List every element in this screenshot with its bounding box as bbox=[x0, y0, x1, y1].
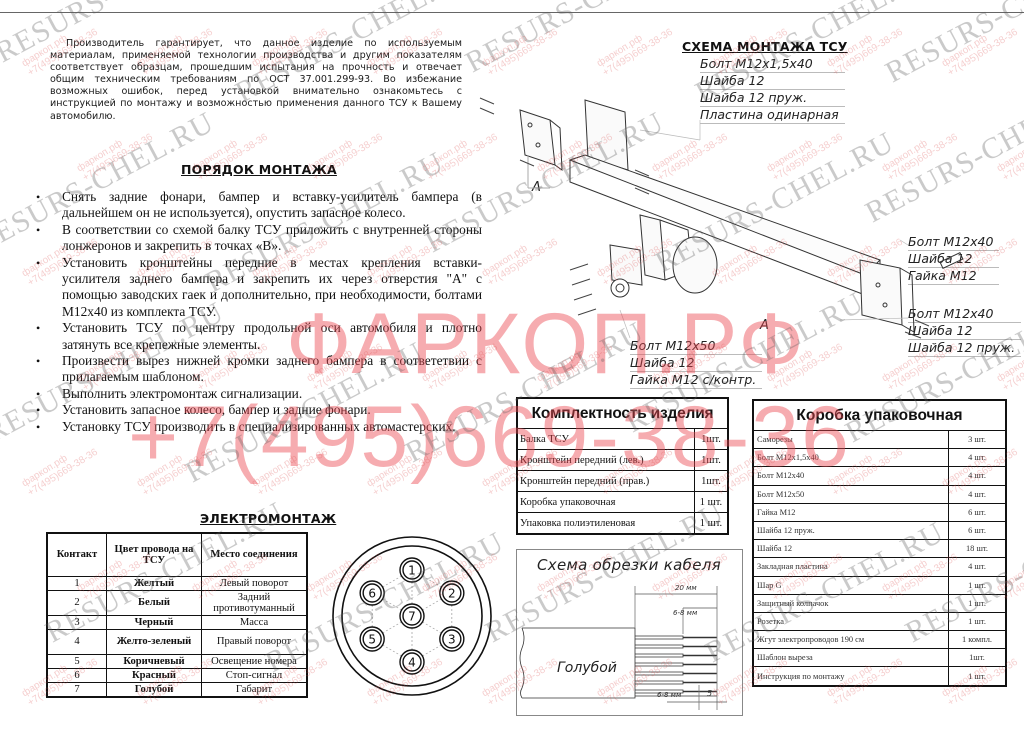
svg-text:5: 5 bbox=[368, 633, 376, 647]
contact-cell: 2 bbox=[47, 591, 107, 616]
wiring-row: 3ЧерныйМасса bbox=[47, 616, 307, 630]
box-row: Защитный колпачок1 шт. bbox=[753, 594, 1006, 612]
item-name: Балка ТСУ bbox=[517, 429, 695, 450]
step-text: Установить кронштейны передние в местах … bbox=[62, 255, 482, 319]
kit-row: Коробка упаковочная1 шт. bbox=[517, 492, 728, 513]
socket-pin: 1 bbox=[400, 558, 424, 582]
item-quantity: 1 шт. bbox=[949, 576, 1007, 594]
svg-text:4: 4 bbox=[408, 656, 416, 670]
item-name: Кронштейн передний (лев.) bbox=[517, 450, 695, 471]
item-name: Жгут электропроводов 190 см bbox=[753, 631, 949, 649]
item-name: Кронштейн передний (прав.) bbox=[517, 471, 695, 492]
bullet-icon: • bbox=[36, 353, 40, 369]
electrical-title: ЭЛЕКТРОМОНТАЖ bbox=[200, 511, 336, 526]
contact-cell: 1 bbox=[47, 577, 107, 591]
item-name: Шайба 12 bbox=[753, 540, 949, 558]
box-row: Шайба 12 пруж.6 шт. bbox=[753, 521, 1006, 539]
bullet-icon: • bbox=[36, 255, 40, 271]
header-wire-color: Цвет провода на ТСУ bbox=[107, 533, 202, 577]
item-quantity: 4 шт. bbox=[949, 485, 1007, 503]
dim-end: 5 bbox=[707, 689, 712, 698]
contact-cell: 4 bbox=[47, 630, 107, 655]
callout-text: Гайка М12 с/контр. bbox=[630, 372, 762, 389]
bullet-icon: • bbox=[36, 222, 40, 238]
dim-bottom: 6-8 мм bbox=[657, 691, 681, 699]
contact-cell: 5 bbox=[47, 655, 107, 669]
item-name: Инструкция по монтажу bbox=[753, 667, 949, 686]
box-row: Розетка1 шт. bbox=[753, 612, 1006, 630]
header-contact: Контакт bbox=[47, 533, 107, 577]
box-row: Болт М12х1,5х404 шт. bbox=[753, 449, 1006, 467]
step-text: Установить ТСУ по центру продольной оси … bbox=[62, 320, 482, 351]
box-row: Гайка М126 шт. bbox=[753, 503, 1006, 521]
wiring-row: 7ГолубойГабарит bbox=[47, 683, 307, 698]
item-name: Шар G bbox=[753, 576, 949, 594]
svg-text:7: 7 bbox=[408, 610, 416, 624]
box-row: Закладная пластина4 шт. bbox=[753, 558, 1006, 576]
box-row: Шар G1 шт. bbox=[753, 576, 1006, 594]
item-name: Закладная пластина bbox=[753, 558, 949, 576]
connection-place-cell: Освещение номера bbox=[202, 655, 308, 669]
item-name: Болт М12х1,5х40 bbox=[753, 449, 949, 467]
installation-steps: •Снять задние фонари, бампер и вставку-у… bbox=[36, 189, 482, 435]
item-quantity: 1шт. bbox=[695, 471, 729, 492]
installation-step: •Снять задние фонари, бампер и вставку-у… bbox=[36, 189, 482, 222]
box-row: Шайба 1218 шт. bbox=[753, 540, 1006, 558]
item-quantity: 6 шт. bbox=[949, 521, 1007, 539]
towbar-assembly-drawing bbox=[460, 70, 1000, 350]
socket-pinout-diagram: 1234567 bbox=[330, 534, 494, 698]
wiring-row: 5КоричневыйОсвещение номера bbox=[47, 655, 307, 669]
box-row: Инструкция по монтажу1 шт. bbox=[753, 667, 1006, 686]
packing-box-table: Коробка упаковочная Саморезы3 шт.Болт М1… bbox=[752, 399, 1007, 687]
item-name: Шаблон выреза bbox=[753, 649, 949, 667]
item-name: Упаковка полиэтиленовая bbox=[517, 513, 695, 535]
box-row: Болт М12х504 шт. bbox=[753, 485, 1006, 503]
header-connection-place: Место соединения bbox=[202, 533, 308, 577]
box-row: Шаблон выреза1шт. bbox=[753, 649, 1006, 667]
item-quantity: 1 компл. bbox=[949, 631, 1007, 649]
socket-pin: 7 bbox=[400, 604, 424, 628]
item-quantity: 1 шт. bbox=[949, 612, 1007, 630]
box-row: Жгут электропроводов 190 см1 компл. bbox=[753, 631, 1006, 649]
kit-row: Кронштейн передний (прав.)1шт. bbox=[517, 471, 728, 492]
item-quantity: 4 шт. bbox=[949, 449, 1007, 467]
bullet-icon: • bbox=[36, 419, 40, 435]
step-text: В соответствии со схемой балку ТСУ прило… bbox=[62, 222, 482, 253]
wire-color-cell: Красный bbox=[107, 669, 202, 683]
item-quantity: 3 шт. bbox=[949, 431, 1007, 449]
connection-place-cell: Стоп-сигнал bbox=[202, 669, 308, 683]
step-text: Установку ТСУ производить в специализиро… bbox=[62, 419, 456, 434]
item-name: Розетка bbox=[753, 612, 949, 630]
item-quantity: 4 шт. bbox=[949, 558, 1007, 576]
contact-cell: 6 bbox=[47, 669, 107, 683]
item-name: Саморезы bbox=[753, 431, 949, 449]
connection-place-cell: Масса bbox=[202, 616, 308, 630]
item-quantity: 6 шт. bbox=[949, 503, 1007, 521]
kit-row: Кронштейн передний (лев.)1шт. bbox=[517, 450, 728, 471]
step-text: Выполнить электромонтаж сигнализации. bbox=[62, 386, 302, 401]
wire-color-cell: Желто-зеленый bbox=[107, 630, 202, 655]
item-quantity: 4 шт. bbox=[949, 467, 1007, 485]
bullet-icon: • bbox=[36, 386, 40, 402]
contact-cell: 3 bbox=[47, 616, 107, 630]
connection-place-cell: Правый поворот bbox=[202, 630, 308, 655]
socket-pin: 4 bbox=[400, 650, 424, 674]
wire-color-cell: Коричневый bbox=[107, 655, 202, 669]
callout-text: Шайба 12 bbox=[630, 355, 762, 372]
installation-step: •Выполнить электромонтаж сигнализации. bbox=[36, 386, 482, 402]
svg-text:1: 1 bbox=[408, 564, 416, 578]
wire-color-cell: Голубой bbox=[107, 683, 202, 698]
connection-place-cell: Задний противотуманный bbox=[202, 591, 308, 616]
warranty-paragraph: Производитель гарантирует, что данное из… bbox=[50, 38, 462, 123]
kit-contents-table: Комплектность изделия Балка ТСУ1шт.Кронш… bbox=[516, 397, 729, 535]
connection-place-cell: Габарит bbox=[202, 683, 308, 698]
socket-pin: 2 bbox=[440, 581, 464, 605]
step-text: Произвести вырез нижней кромки заднего б… bbox=[62, 353, 482, 384]
box-row: Саморезы3 шт. bbox=[753, 431, 1006, 449]
bullet-icon: • bbox=[36, 189, 40, 205]
item-name: Гайка М12 bbox=[753, 503, 949, 521]
installation-step: •Установить запасное колесо, бампер и за… bbox=[36, 402, 482, 418]
svg-text:3: 3 bbox=[448, 633, 456, 647]
contact-cell: 7 bbox=[47, 683, 107, 698]
installation-title: ПОРЯДОК МОНТАЖА bbox=[181, 162, 337, 177]
dim-strip: 6-8 мм bbox=[673, 609, 697, 617]
wiring-row: 2БелыйЗадний противотуманный bbox=[47, 591, 307, 616]
dim-total: 20 мм bbox=[675, 584, 697, 592]
svg-text:6: 6 bbox=[368, 587, 376, 601]
item-quantity: 1шт. bbox=[695, 450, 729, 471]
installation-step: •Установку ТСУ производить в специализир… bbox=[36, 419, 482, 435]
installation-step: •В соответствии со схемой балку ТСУ прил… bbox=[36, 222, 482, 255]
item-quantity: 1шт. bbox=[949, 649, 1007, 667]
wiring-row: 1ЖелтыйЛевый поворот bbox=[47, 577, 307, 591]
kit-row: Упаковка полиэтиленовая1 шт. bbox=[517, 513, 728, 535]
socket-pin: 6 bbox=[360, 581, 384, 605]
box-row: Болт М12х404 шт. bbox=[753, 467, 1006, 485]
kit-title: Комплектность изделия bbox=[517, 398, 728, 429]
step-text: Снять задние фонари, бампер и вставку-ус… bbox=[62, 189, 482, 220]
item-name: Болт М12х50 bbox=[753, 485, 949, 503]
socket-pin: 5 bbox=[360, 627, 384, 651]
mounting-scheme-title: СХЕМА МОНТАЖА ТСУ bbox=[682, 39, 848, 54]
item-name: Болт М12х40 bbox=[753, 467, 949, 485]
wiring-row: 6КрасныйСтоп-сигнал bbox=[47, 669, 307, 683]
wire-color-cell: Желтый bbox=[107, 577, 202, 591]
item-quantity: 1 шт. bbox=[695, 513, 729, 535]
bullet-icon: • bbox=[36, 320, 40, 336]
item-quantity: 1 шт. bbox=[695, 492, 729, 513]
installation-step: •Произвести вырез нижней кромки заднего … bbox=[36, 353, 482, 386]
item-name: Шайба 12 пруж. bbox=[753, 521, 949, 539]
socket-pin: 3 bbox=[440, 627, 464, 651]
item-quantity: 18 шт. bbox=[949, 540, 1007, 558]
bullet-icon: • bbox=[36, 402, 40, 418]
box-title: Коробка упаковочная bbox=[753, 400, 1006, 431]
installation-step: •Установить ТСУ по центру продольной оси… bbox=[36, 320, 482, 353]
item-quantity: 1 шт. bbox=[949, 594, 1007, 612]
kit-row: Балка ТСУ1шт. bbox=[517, 429, 728, 450]
wire-color-cell: Черный bbox=[107, 616, 202, 630]
item-quantity: 1шт. bbox=[695, 429, 729, 450]
item-quantity: 1 шт. bbox=[949, 667, 1007, 686]
item-name: Коробка упаковочная bbox=[517, 492, 695, 513]
cable-cutting-scheme: Схема обрезки кабеля 20 мм 6-8 мм 6-8 мм… bbox=[516, 549, 743, 716]
connection-place-cell: Левый поворот bbox=[202, 577, 308, 591]
item-name: Защитный колпачок bbox=[753, 594, 949, 612]
svg-text:2: 2 bbox=[448, 587, 456, 601]
wire-color-cell: Белый bbox=[107, 591, 202, 616]
wiring-table: Контакт Цвет провода на ТСУ Место соедин… bbox=[46, 532, 308, 698]
wiring-row: 4Желто-зеленыйПравый поворот bbox=[47, 630, 307, 655]
installation-step: •Установить кронштейны передние в местах… bbox=[36, 255, 482, 321]
wire-label: Голубой bbox=[557, 660, 617, 676]
step-text: Установить запасное колесо, бампер и зад… bbox=[62, 402, 371, 417]
